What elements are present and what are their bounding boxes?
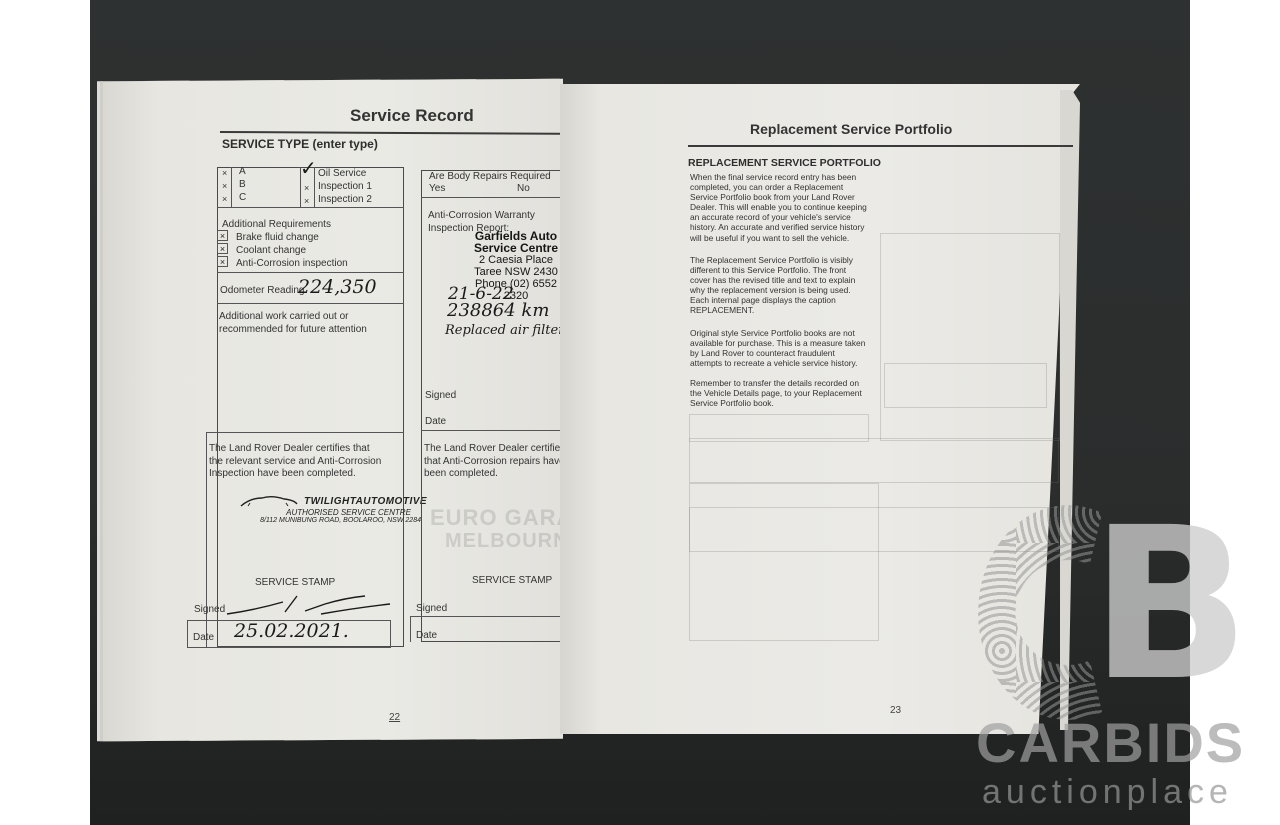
handwritten-odometer: 238864 km: [447, 300, 549, 321]
checkbox-anti-corrosion: ×: [217, 256, 228, 267]
anti-corrosion-label: Anti-Corrosion inspection: [236, 258, 348, 270]
paragraph: Remember to transfer the details recorde…: [690, 378, 868, 408]
watermark-tagline: auctionplace: [982, 775, 1233, 809]
additional-requirements-label: Additional Requirements: [222, 219, 331, 231]
check-mark-b: ×: [222, 180, 227, 192]
brake-fluid-label: Brake fluid change: [236, 232, 319, 244]
inspection-1-label: Inspection 1: [318, 181, 372, 193]
divider: [187, 620, 188, 648]
body-repairs-label: Are Body Repairs Required: [429, 171, 551, 183]
divider: [410, 616, 411, 642]
signed-label-2: Signed: [425, 390, 456, 402]
check-mark-insp1: ×: [304, 182, 309, 194]
odometer-label: Odometer Reading: [220, 285, 305, 297]
body-repairs-yes: Yes: [429, 183, 445, 195]
show-through-box: [880, 233, 1060, 441]
body-repairs-no: No: [517, 183, 530, 195]
check-mark-a: ×: [222, 167, 227, 179]
paragraph: Original style Service Portfolio books a…: [690, 328, 868, 368]
right-page-title: Replacement Service Portfolio: [750, 121, 952, 137]
title-rule: [688, 145, 1073, 147]
car-silhouette-icon: [240, 494, 298, 508]
stamp-line-1: AUTHORISED SERVICE CENTRE: [270, 508, 427, 517]
date-label-3: Date: [416, 630, 437, 642]
divider: [187, 647, 390, 648]
stamp-address-line: Taree NSW 2430: [466, 266, 566, 278]
divider: [217, 207, 404, 208]
stamp-brand: TWILIGHTAUTOMOTIVE: [304, 496, 427, 507]
stamp-name-line: Service Centre: [466, 242, 566, 254]
checkbox-brake-fluid: ×: [217, 230, 228, 241]
show-through-box: [884, 363, 1047, 408]
service-type-heading: SERVICE TYPE (enter type): [222, 137, 378, 151]
stamp-line-2: 8/112 MUNIBUNG ROAD, BOOLAROO, NSW 2284: [254, 517, 427, 524]
date-value: 25.02.2021.: [234, 620, 349, 642]
stamp-address-line: 2 Caesia Place: [466, 254, 566, 266]
watermark-letter-b: B: [1090, 500, 1250, 710]
signature: [225, 592, 395, 618]
divider: [217, 303, 404, 304]
check-icon: ✓: [300, 156, 317, 180]
divider: [217, 272, 404, 273]
divider: [390, 620, 391, 648]
signed-label-3: Signed: [416, 603, 447, 615]
inspection-2-label: Inspection 2: [318, 194, 372, 206]
oil-service-label: Oil Service: [318, 168, 366, 180]
section-heading: REPLACEMENT SERVICE PORTFOLIO: [688, 157, 881, 169]
service-type-a: A: [239, 166, 246, 178]
certify-text: The Land Rover Dealer certifies that the…: [209, 443, 384, 481]
page-number-left: 22: [389, 712, 400, 723]
paragraph: When the final service record entry has …: [690, 172, 868, 243]
checkbox-coolant: ×: [217, 243, 228, 254]
odometer-value: 224,350: [298, 276, 377, 298]
show-through-box: [689, 483, 879, 641]
service-type-c: C: [239, 192, 246, 204]
watermark-brand: CARBIDS: [976, 715, 1245, 771]
service-stamp-label-2: SERVICE STAMP: [472, 575, 552, 587]
date-label: Date: [193, 632, 214, 644]
service-stamp-label: SERVICE STAMP: [255, 577, 335, 589]
check-mark-c: ×: [222, 193, 227, 205]
page-number-right: 23: [890, 705, 901, 716]
paragraph: The Replacement Service Portfolio is vis…: [690, 255, 868, 316]
additional-work-label: Additional work carried out or recommend…: [219, 311, 379, 336]
left-page-title: Service Record: [350, 106, 474, 126]
divider: [231, 167, 232, 207]
date-label-2: Date: [425, 416, 446, 428]
check-mark-insp2: ×: [304, 195, 309, 207]
divider: [206, 432, 404, 433]
dealer-stamp: TWILIGHTAUTOMOTIVE AUTHORISED SERVICE CE…: [240, 494, 427, 524]
handwritten-note: Replaced air filter: [445, 323, 564, 338]
signed-label: Signed: [194, 604, 225, 616]
coolant-label: Coolant change: [236, 245, 306, 257]
service-type-b: B: [239, 179, 246, 191]
show-through-box: [689, 438, 1059, 483]
